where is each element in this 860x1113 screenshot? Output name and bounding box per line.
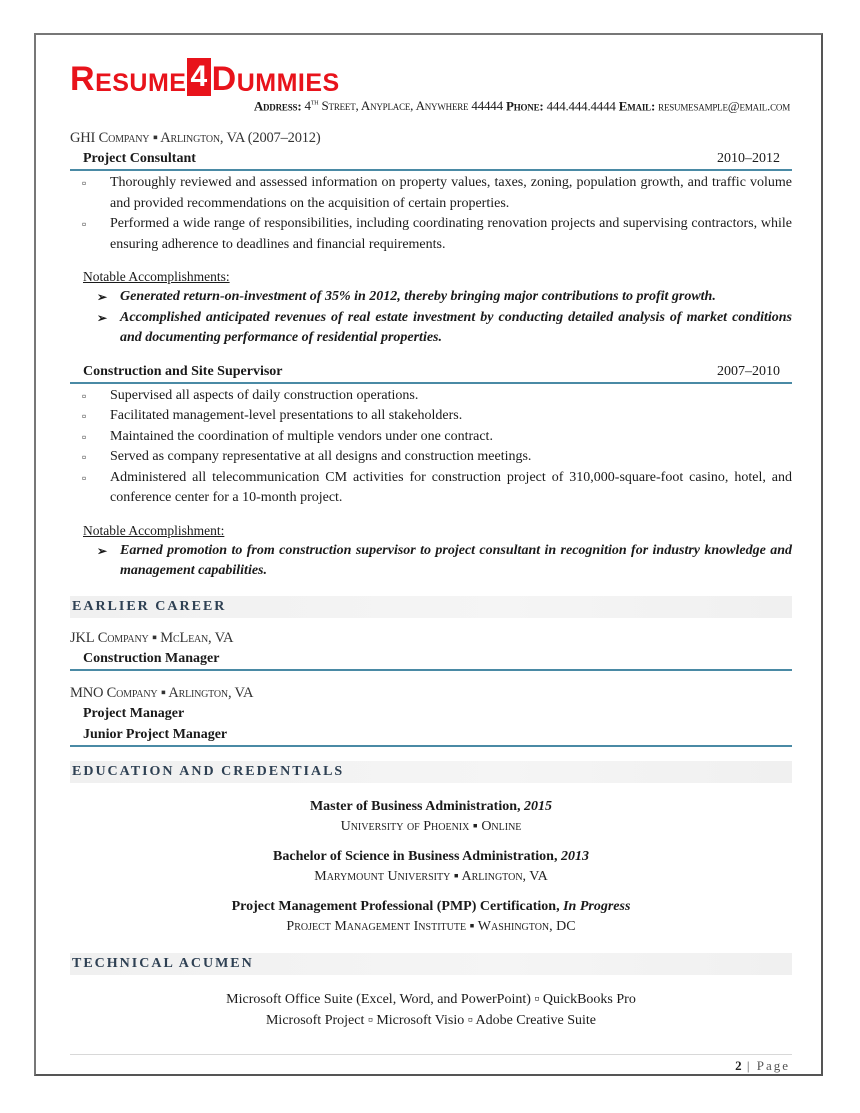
role-title: Junior Project Manager [83,724,227,745]
logo-text: ESUME [95,71,186,96]
education-entry: Bachelor of Science in Business Administ… [70,847,792,887]
contact-line: Address: 4th Street, Anyplace, Anywhere … [254,98,790,114]
role-header: Project Manager [70,703,792,724]
list-item: Maintained the coordination of multiple … [70,427,792,448]
logo-digit-block: 4 [187,58,210,96]
section-heading-earlier-career: EARLIER CAREER [70,596,792,618]
company-header: JKL Company ▪ McLean, VA [70,628,792,648]
list-item: Performed a wide range of responsibiliti… [70,214,792,255]
role-dates: 2007–2010 [717,361,780,382]
list-item: Facilitated management-level presentatio… [70,406,792,427]
list-item: Thoroughly reviewed and assessed informa… [70,173,792,214]
accomplishment-list: Earned promotion to from construction su… [70,541,792,582]
list-item: Supervised all aspects of daily construc… [70,386,792,407]
institution: Project Management Institute ▪ Washingto… [70,917,792,937]
education-entry: Master of Business Administration, 2015 … [70,797,792,837]
list-item: Administered all telecommunication CM ac… [70,468,792,509]
phone-label: Phone: [506,98,544,113]
degree-year: 2015 [524,799,552,814]
address-value: 4th Street, Anyplace, Anywhere 44444 [305,98,503,113]
logo-text: UMMIES [237,71,340,96]
role-title: Construction Manager [83,648,220,669]
role-dates: 2010–2012 [717,148,780,169]
page-footer: 2 | Page [735,1058,790,1074]
list-item: Earned promotion to from construction su… [70,541,792,582]
skills-line: Microsoft Project ▫ Microsoft Visio ▫ Ad… [70,1010,792,1031]
company-header: GHI Company ▪ Arlington, VA (2007–2012) [70,128,792,148]
resume-content: GHI Company ▪ Arlington, VA (2007–2012) … [70,128,792,1031]
degree-name: Project Management Professional (PMP) Ce… [232,899,560,914]
responsibility-list: Thoroughly reviewed and assessed informa… [70,173,792,255]
phone-value: 444.444.4444 [547,98,616,113]
company-header: MNO Company ▪ Arlington, VA [70,683,792,703]
role-header: Junior Project Manager [70,724,792,747]
education-entry: Project Management Professional (PMP) Ce… [70,897,792,937]
list-item: Served as company representative at all … [70,447,792,468]
logo-text: D [212,62,237,96]
logo: RESUME4DUMMIES [70,58,340,96]
logo-text: R [70,62,95,96]
section-heading-technical: TECHNICAL ACUMEN [70,953,792,975]
email-label: Email: [619,98,655,113]
responsibility-list: Supervised all aspects of daily construc… [70,386,792,509]
degree-name: Bachelor of Science in Business Administ… [273,849,557,864]
role-header: Construction Manager [70,648,792,671]
role-title: Project Manager [83,703,184,724]
role-header: Project Consultant 2010–2012 [70,148,792,171]
notable-label: Notable Accomplishments: [83,267,792,287]
email-link[interactable]: resumesample@email.com [658,98,790,113]
list-item: Accomplished anticipated revenues of rea… [70,308,792,349]
address-label: Address: [254,98,302,113]
list-item: Generated return-on-investment of 35% in… [70,287,792,308]
role-header: Construction and Site Supervisor 2007–20… [70,361,792,384]
notable-label: Notable Accomplishment: [83,521,792,541]
role-title: Project Consultant [83,148,196,169]
role-title: Construction and Site Supervisor [83,361,283,382]
institution: Marymount University ▪ Arlington, VA [70,867,792,887]
page-label: Page [757,1058,790,1073]
degree-year: 2013 [561,849,589,864]
footer-divider [70,1054,792,1055]
degree-name: Master of Business Administration, [310,799,521,814]
degree-status: In Progress [563,899,630,914]
skills-line: Microsoft Office Suite (Excel, Word, and… [70,989,792,1010]
section-heading-education: EDUCATION AND CREDENTIALS [70,761,792,783]
technical-skills: Microsoft Office Suite (Excel, Word, and… [70,989,792,1031]
accomplishment-list: Generated return-on-investment of 35% in… [70,287,792,349]
institution: University of Phoenix ▪ Online [70,817,792,837]
